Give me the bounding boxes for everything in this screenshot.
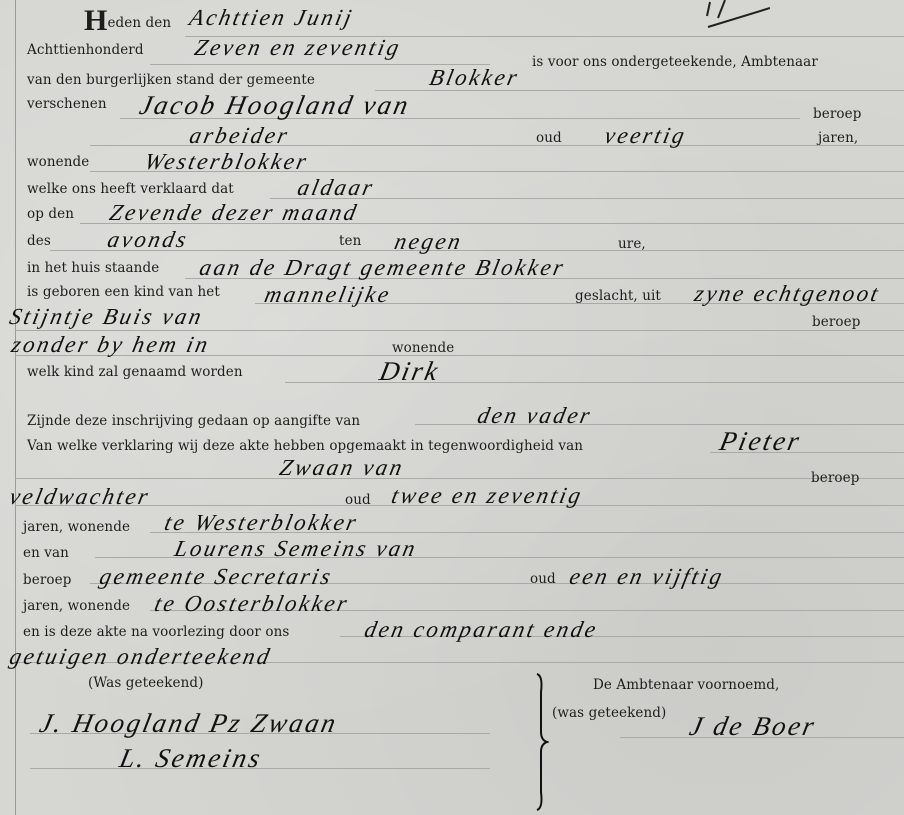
hw-witness1-residence: te Westerblokker: [163, 511, 361, 534]
hw-birth-day: Zevende dezer maand: [108, 201, 361, 224]
label-wonende-2: wonende: [392, 340, 454, 356]
label-jaren-wonende-2: jaren, wonende: [23, 598, 130, 614]
ruled-line: [15, 330, 904, 331]
hw-witness1-occupation: veldwachter: [8, 485, 153, 508]
hw-declarant-name: Jacob Hoogland van: [137, 92, 413, 119]
hw-mother-occupation: zonder by hem in: [10, 333, 213, 356]
hw-house-location: aan de Dragt gemeente Blokker: [198, 256, 568, 279]
label-jaren-wonende: jaren, wonende: [23, 519, 130, 535]
label-achttienhonderd: Achttienhonderd: [27, 42, 144, 58]
hw-witness1-last: Zwaan van: [278, 456, 407, 479]
hw-time-of-day: avonds: [106, 228, 191, 251]
label-beroep-4: beroep: [23, 572, 71, 588]
label-geboren: is geboren een kind van het: [27, 284, 220, 300]
label-oud: oud: [536, 130, 562, 146]
hw-date-day: Achttien Junij: [188, 6, 356, 29]
label-wonende: wonende: [27, 154, 89, 170]
hw-mother-name: Stijntje Buis van: [8, 305, 206, 328]
label-ten: ten: [339, 233, 361, 249]
hw-child-name: Dirk: [377, 358, 442, 385]
signature-semeins: L. Semeins: [117, 745, 265, 772]
brace-divider: [533, 672, 549, 812]
hw-witness1-age: twee en zeventig: [390, 484, 586, 507]
hw-place-declared: aldaar: [296, 176, 377, 199]
label-ambtenaar: is voor ons ondergeteekende, Ambtenaar: [532, 54, 818, 70]
ruled-line: [30, 768, 490, 769]
check-mark-icon: [700, 0, 770, 30]
hw-parent-relation: zyne echtgenoot: [693, 282, 883, 305]
label-oud-2: oud: [345, 492, 371, 508]
hw-witness2-residence: te Oosterblokker: [153, 592, 352, 615]
birth-record-page: Heden den Achttienhonderd is voor ons on…: [0, 0, 904, 815]
ruled-line: [375, 90, 904, 91]
label-beroep-2: beroep: [812, 314, 860, 330]
label-voorlezing: en is deze akte na voorlezing door ons: [23, 624, 289, 640]
hw-hour: negen: [393, 230, 465, 253]
hw-signed-by-1: den comparant ende: [363, 618, 601, 641]
hw-year: Zeven en zeventig: [193, 36, 404, 59]
hw-witness2-age: een en vijftig: [568, 565, 727, 588]
hw-declarant-occupation: arbeider: [188, 124, 292, 147]
hw-witness1-first: Pieter: [717, 428, 804, 455]
label-op-den: op den: [27, 206, 74, 222]
label-verschenen: verschenen: [27, 96, 107, 112]
label-genaamd: welk kind zal genaamd worden: [27, 364, 243, 380]
label-tegenwoordigheid: Van welke verklaring wij deze akte hebbe…: [27, 438, 583, 454]
label-was-geteekend-right: (was geteekend): [552, 705, 666, 721]
signature-de-boer: J de Boer: [687, 713, 819, 740]
label-ure: ure,: [618, 236, 646, 252]
hw-municipality: Blokker: [428, 66, 522, 89]
hw-declarant-age: veertig: [603, 124, 689, 147]
signature-hoogland-zwaan: J. Hoogland Pz Zwaan: [37, 710, 340, 737]
label-jaren: jaren,: [818, 130, 858, 146]
label-ambtenaar-voornoemd: De Ambtenaar voornoemd,: [593, 677, 779, 693]
label-aangifte: Zijnde deze inschrijving gedaan op aangi…: [27, 413, 360, 429]
heading-heden-den: Heden den: [84, 6, 171, 36]
ruled-line: [15, 478, 904, 479]
hw-sex: mannelijke: [263, 283, 394, 306]
label-en-van: en van: [23, 545, 69, 561]
label-burgerlijke-stand: van den burgerlijken stand der gemeente: [27, 72, 315, 88]
label-geslacht: geslacht, uit: [575, 288, 661, 304]
hw-signed-by-2: getuigen onderteekend: [8, 645, 274, 668]
label-beroep: beroep: [813, 106, 861, 122]
margin-line: [15, 0, 16, 815]
label-huis-staande: in het huis staande: [27, 260, 159, 276]
label-des: des: [27, 233, 51, 249]
hw-informant: den vader: [476, 404, 595, 427]
label-beroep-3: beroep: [811, 470, 859, 486]
hw-declarant-residence: Westerblokker: [143, 150, 311, 173]
label-oud-3: oud: [530, 571, 556, 587]
hw-witness2-name: Lourens Semeins van: [173, 537, 420, 560]
label-was-geteekend-left: (Was geteekend): [88, 675, 204, 691]
hw-witness2-occupation: gemeente Secretaris: [98, 565, 335, 588]
label-verklaard: welke ons heeft verklaard dat: [27, 181, 234, 197]
